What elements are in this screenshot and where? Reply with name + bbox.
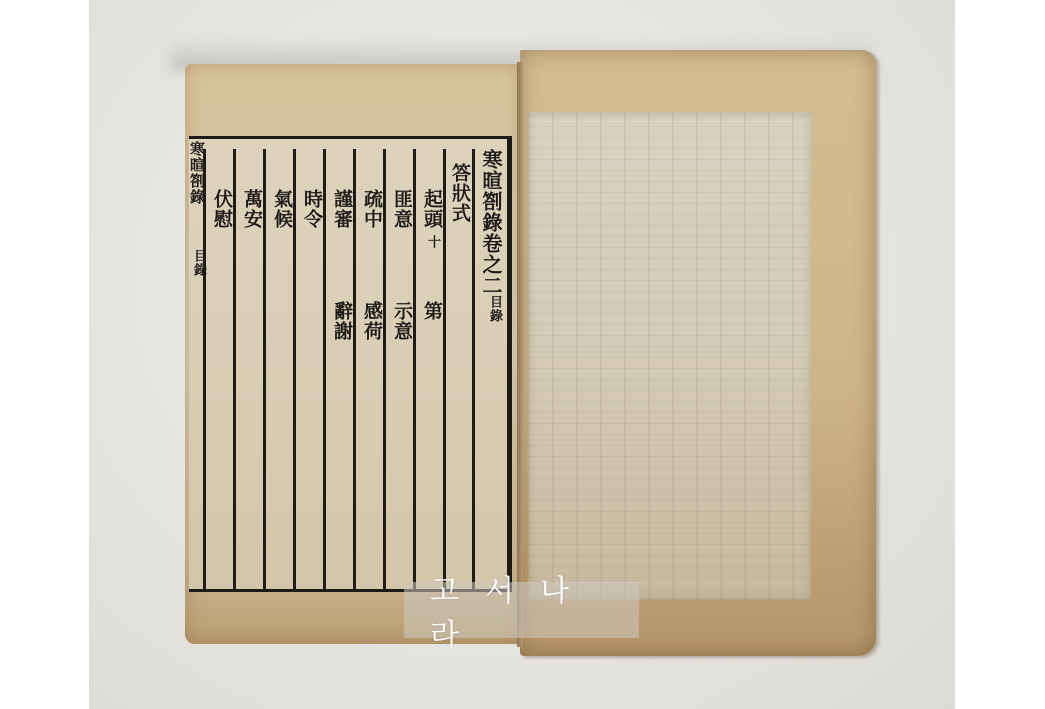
entry-bottom: 第 (419, 301, 446, 321)
watermark-text: 고서나라 (404, 566, 639, 654)
edge-suffix: 目錄 (189, 249, 208, 277)
entry-bottom: 示意 (389, 301, 416, 341)
volume-title: 寒暄劄錄卷之二 (477, 149, 506, 296)
entry-top: 匪意 (389, 189, 416, 229)
entry-top: 伏慰 (209, 189, 236, 229)
entry-top: 時令 (299, 189, 326, 229)
column-rule (203, 149, 206, 589)
entry-top: 起頭 (419, 189, 446, 229)
entry-top: 謹審 (329, 189, 356, 229)
entry-top: 疏中 (359, 189, 386, 229)
entry-bottom: 感荷 (359, 301, 386, 341)
printed-frame: 寒暄劄錄 目錄 寒暄劄錄卷之二 目錄 答狀式 起頭 十 第 匪意 示意 疏中 感… (189, 136, 512, 592)
entry-bottom: 辭謝 (329, 301, 356, 341)
lining-sheet (528, 112, 811, 600)
section-heading: 答狀式 (447, 163, 474, 223)
entry-top: 萬安 (239, 189, 266, 229)
entry-top: 氣候 (269, 189, 296, 229)
volume-title-suffix: 目錄 (485, 295, 504, 323)
book-spine (517, 62, 523, 647)
left-page: 寒暄劄錄 目錄 寒暄劄錄卷之二 目錄 答狀式 起頭 十 第 匪意 示意 疏中 感… (185, 64, 522, 644)
entry-note: 十 (423, 235, 442, 249)
edge-title: 寒暄劄錄 (187, 141, 208, 205)
watermark: 고서나라 (404, 582, 639, 638)
